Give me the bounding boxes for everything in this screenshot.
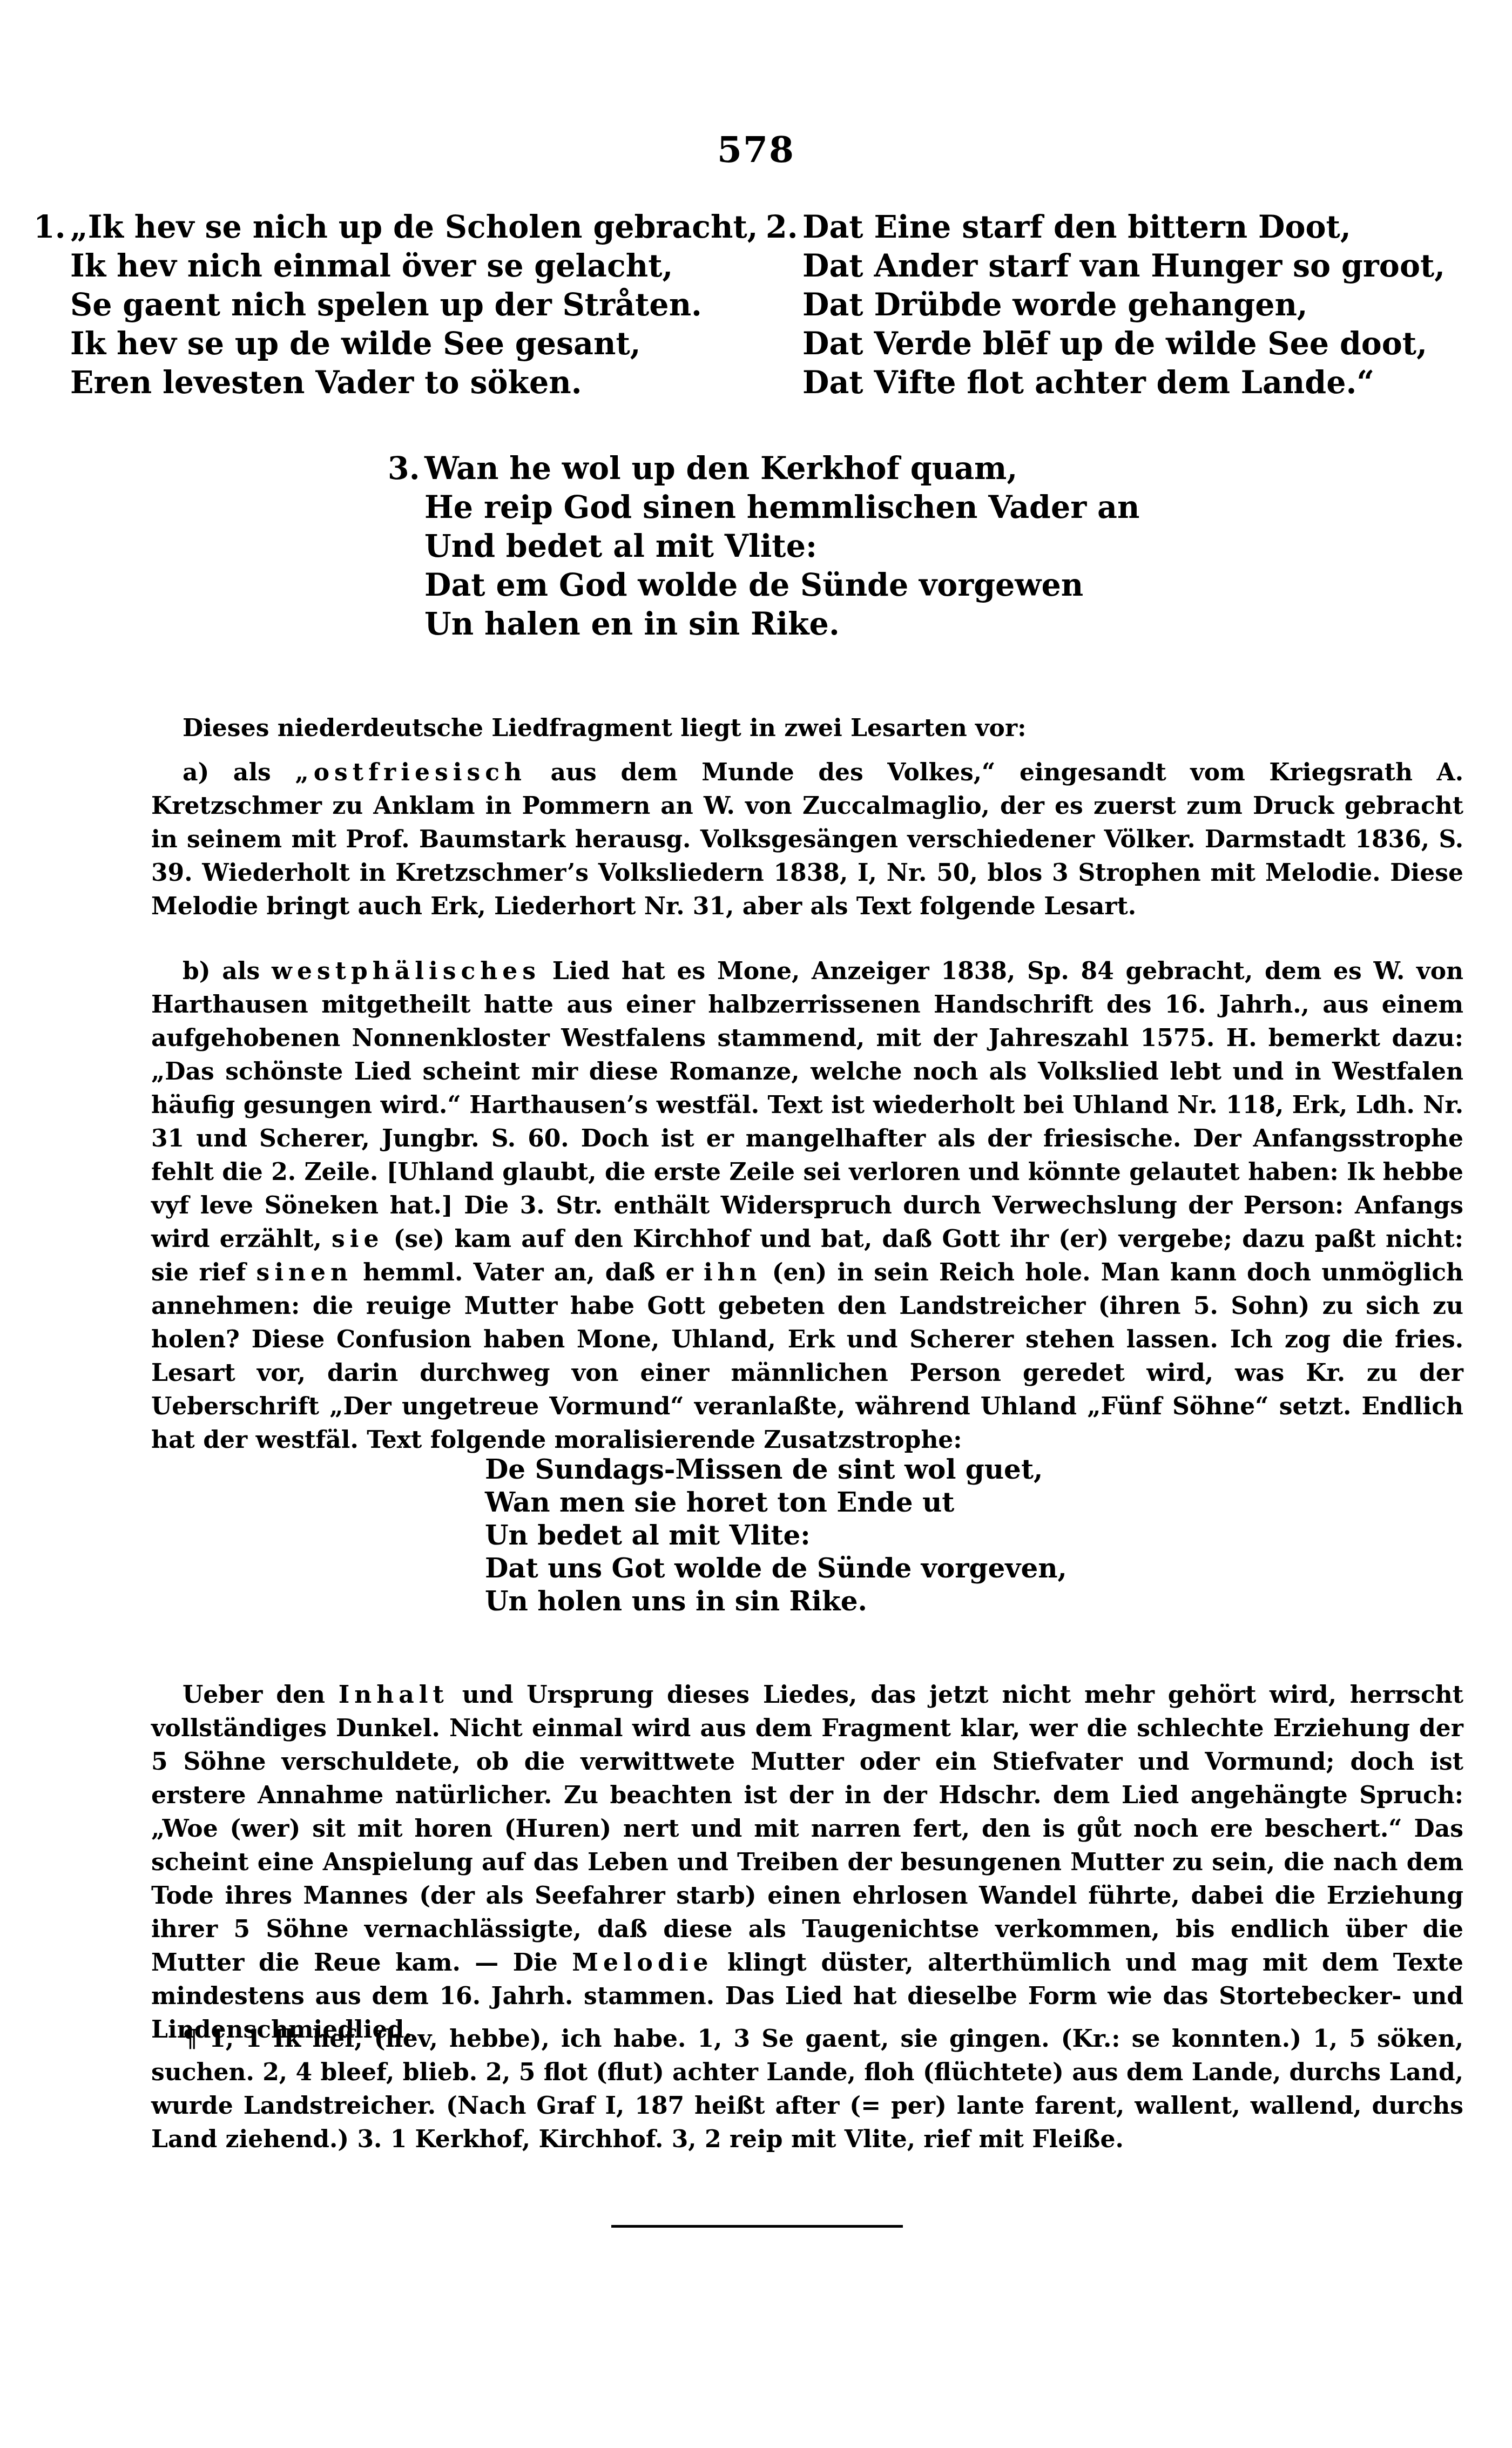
stanza-number: 2.: [766, 208, 802, 247]
stanza-line: Un holen uns in sin Rike.: [485, 1584, 1067, 1617]
stanza-line: 1.„Ik hev se nich up de Scholen gebracht…: [33, 208, 758, 247]
emphasis: westphälisches: [272, 957, 541, 985]
stanza-line: Wan men sie horet ton Ende ut: [485, 1486, 1067, 1519]
page-number: 578: [0, 129, 1512, 171]
stanza-line: He reip God sinen hemmlischen Vader an: [388, 488, 1139, 527]
stanza-line: Dat Drübde worde gehangen,: [766, 286, 1445, 325]
emphasis: ihn: [704, 1259, 762, 1286]
intro-paragraph: Dieses niederdeutsche Liedfragment liegt…: [151, 712, 1463, 745]
stanza-line: Un bedet al mit Vlite:: [485, 1519, 1067, 1552]
stanza-line: Dat uns Got wolde de Sünde vorgeven,: [485, 1552, 1067, 1584]
stanza-number: 1.: [33, 208, 70, 247]
stanza-line: Eren levesten Vader to söken.: [33, 363, 758, 402]
stanza-line: Se gaent nich spelen up der Stråten.: [33, 286, 758, 325]
stanza-line: Dat em God wolde de Sünde vorgewen: [388, 566, 1139, 605]
stanza-line: Und bedet al mit Vlite:: [388, 527, 1139, 566]
addition-stanza: De Sundags-Missen de sint wol guet, Wan …: [485, 1453, 1067, 1617]
emphasis: Melodie: [572, 1949, 713, 1977]
emphasis: sinen: [256, 1259, 353, 1286]
stanza-line: Dat Vifte flot achter dem Lande.“: [766, 363, 1445, 402]
variant-a-paragraph: a) als „ostfriesisch aus dem Munde des V…: [151, 756, 1463, 923]
stanza-line: Dat Verde blēf up de wilde See doot,: [766, 325, 1445, 363]
emphasis: „ostfriesisch: [295, 759, 526, 786]
stanza-line: 3.Wan he wol up den Kerkhof quam,: [388, 449, 1139, 488]
emphasis: Inhalt: [339, 1681, 449, 1709]
stanza-number: 3.: [388, 449, 424, 488]
footnotes: ¶ 1, 1 Ik hef, (hev, hebbe), ich habe. 1…: [151, 2022, 1463, 2156]
commentary-paragraph: Ueber den Inhalt und Ursprung dieses Lie…: [151, 1678, 1463, 2047]
emphasis: sie: [332, 1225, 383, 1253]
stanza-line: 2.Dat Eine starf den bittern Doot,: [766, 208, 1445, 247]
stanza-line: De Sundags-Missen de sint wol guet,: [485, 1453, 1067, 1486]
stanza-line: Dat Ander starf van Hunger so groot,: [766, 247, 1445, 286]
pilcrow-icon: ¶: [183, 2025, 198, 2053]
variant-b-paragraph: b) als westphälisches Lied hat es Mone, …: [151, 955, 1463, 1457]
stanza-2: 2.Dat Eine starf den bittern Doot, Dat A…: [766, 208, 1445, 402]
stanza-line: Ik hev nich einmal över se gelacht,: [33, 247, 758, 286]
stanza-line: Un halen en in sin Rike.: [388, 605, 1139, 644]
stanza-line: Ik hev se up de wilde See gesant,: [33, 325, 758, 363]
end-rule-divider: [611, 2225, 903, 2228]
stanza-3: 3.Wan he wol up den Kerkhof quam, He rei…: [388, 449, 1139, 644]
stanza-1: 1.„Ik hev se nich up de Scholen gebracht…: [33, 208, 758, 402]
